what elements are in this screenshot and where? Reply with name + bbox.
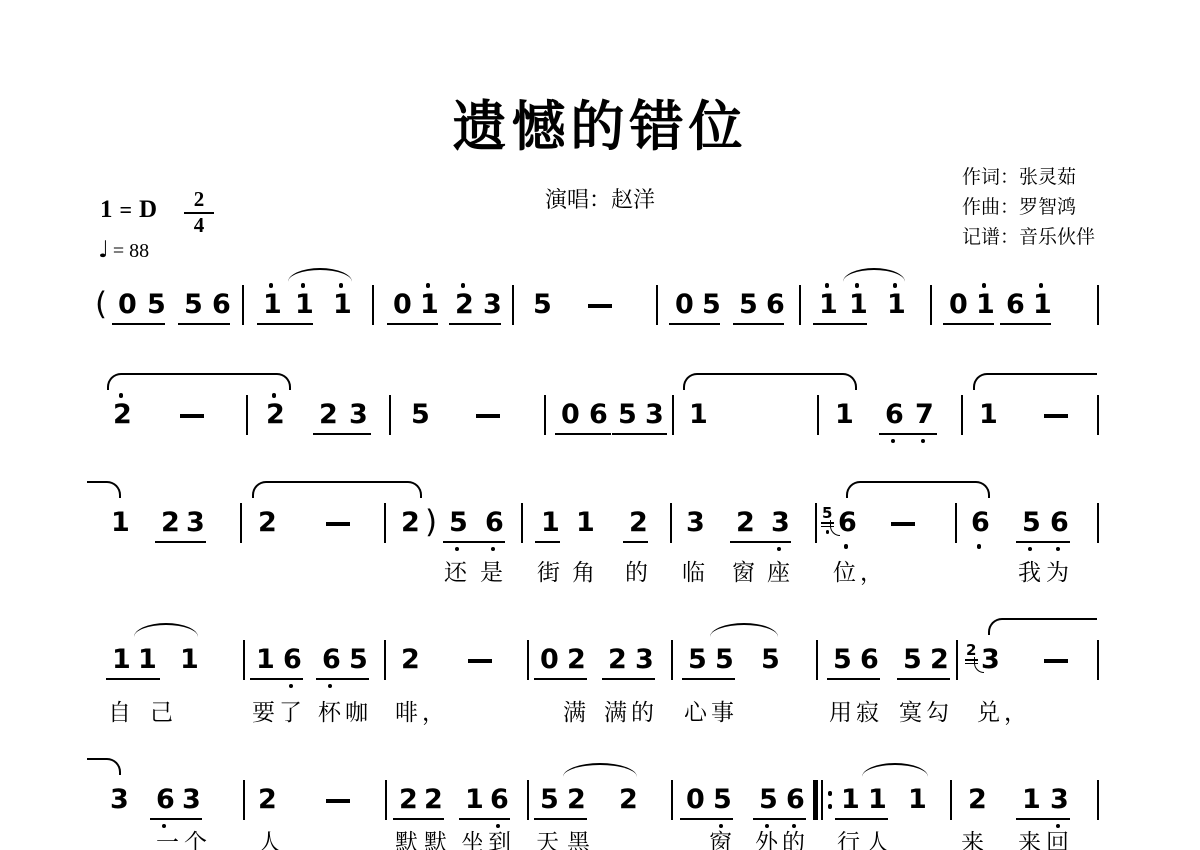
eighth-beam <box>612 433 667 435</box>
repeat-thin-bar <box>821 780 823 820</box>
barline <box>950 780 952 820</box>
duration-dash <box>326 799 350 803</box>
repeat-dot <box>828 791 833 796</box>
note: 2 <box>567 645 586 675</box>
eighth-beam <box>106 678 160 680</box>
duration-dash <box>588 304 612 308</box>
octave-dot-below <box>491 547 496 552</box>
note: 5 <box>713 785 732 815</box>
score-canvas: 05561110123505561110161(2223506531167112… <box>0 0 1200 850</box>
note: 5 <box>411 400 430 430</box>
note: 3 <box>1050 785 1069 815</box>
note: 2 <box>629 508 648 538</box>
eighth-beam <box>835 818 888 820</box>
octave-dot-above <box>426 283 431 288</box>
note: 5 <box>833 645 852 675</box>
lyric-syllable: 个 <box>184 830 207 850</box>
note: 5 <box>540 785 559 815</box>
barline <box>930 285 932 325</box>
lyric-syllable: 来 <box>1018 830 1041 850</box>
barline <box>389 395 391 435</box>
section-paren: ) <box>425 505 437 539</box>
lyric-syllable: 兑 <box>977 700 1000 724</box>
slur-arc <box>862 763 928 777</box>
tie-arc <box>988 618 1097 635</box>
barline <box>527 640 529 680</box>
note: 1 <box>333 290 352 320</box>
tie-arc <box>846 481 990 498</box>
note: 7 <box>915 400 934 430</box>
note: 6 <box>786 785 805 815</box>
lyric-syllable: 自 <box>108 700 131 724</box>
note: 2 <box>258 508 277 538</box>
note: 2 <box>455 290 474 320</box>
lyric-syllable: 还 <box>444 560 467 584</box>
note: 5 <box>618 400 637 430</box>
note: 6 <box>485 508 504 538</box>
lyric-syllable: 我 <box>1018 560 1041 584</box>
tie-arc <box>107 373 291 390</box>
barline <box>240 503 242 543</box>
tie-arc <box>87 758 121 775</box>
eighth-beam <box>393 818 444 820</box>
octave-dot-below <box>289 684 294 689</box>
lyric-syllable: 到 <box>488 830 511 850</box>
slur-arc <box>288 268 352 282</box>
octave-dot-above <box>855 283 860 288</box>
lyric-syllable: 杯 <box>318 700 341 724</box>
barline <box>512 285 514 325</box>
note: 1 <box>541 508 560 538</box>
octave-dot-below <box>921 439 926 444</box>
slur-arc <box>134 623 198 637</box>
barline <box>670 503 672 543</box>
note: 3 <box>645 400 664 430</box>
barline <box>385 780 387 820</box>
note: 5 <box>533 290 552 320</box>
lyric-syllable: ， <box>422 700 445 724</box>
section-paren: ( <box>95 287 107 321</box>
note: 2 <box>619 785 638 815</box>
lyric-syllable: 人 <box>866 830 889 850</box>
eighth-beam <box>1016 541 1070 543</box>
note: 1 <box>263 290 282 320</box>
note: 1 <box>887 290 906 320</box>
note: 3 <box>182 785 201 815</box>
duration-dash <box>468 659 492 663</box>
note: 1 <box>112 645 131 675</box>
octave-dot-below <box>496 824 501 829</box>
note: 1 <box>295 290 314 320</box>
eighth-beam <box>669 323 720 325</box>
barline <box>521 503 523 543</box>
note: 2 <box>113 400 132 430</box>
note: 3 <box>186 508 205 538</box>
octave-dot-above <box>119 393 124 398</box>
note: 5 <box>702 290 721 320</box>
barline <box>242 285 244 325</box>
barline <box>815 503 817 543</box>
lyric-syllable: 座 <box>767 560 790 584</box>
note: 0 <box>561 400 580 430</box>
eighth-beam <box>1000 323 1051 325</box>
note: 2 <box>401 508 420 538</box>
octave-dot-below <box>328 684 333 689</box>
note: 6 <box>283 645 302 675</box>
lyric-syllable: 心 <box>684 700 707 724</box>
barline <box>961 395 963 435</box>
lyric-syllable: 回 <box>1046 830 1069 850</box>
eighth-beam <box>827 678 880 680</box>
note: 2 <box>258 785 277 815</box>
octave-dot-above <box>272 393 277 398</box>
tie-arc <box>683 373 857 390</box>
barline <box>671 780 673 820</box>
barline <box>1097 780 1099 820</box>
eighth-beam <box>178 323 230 325</box>
lyric-syllable: 位 <box>833 560 856 584</box>
note: 2 <box>567 785 586 815</box>
note: 1 <box>849 290 868 320</box>
note: 5 <box>449 508 468 538</box>
note: 1 <box>976 290 995 320</box>
lyric-syllable: 天 <box>536 830 559 850</box>
octave-dot-above <box>1039 283 1044 288</box>
barline <box>956 640 958 680</box>
lyric-syllable: 窗 <box>709 830 732 850</box>
eighth-beam <box>443 541 505 543</box>
lyric-syllable: 勾 <box>926 700 949 724</box>
note: 5 <box>349 645 368 675</box>
note: 2 <box>161 508 180 538</box>
eighth-beam <box>459 818 510 820</box>
octave-dot-above <box>825 283 830 288</box>
barline <box>544 395 546 435</box>
note: 1 <box>465 785 484 815</box>
note: 6 <box>322 645 341 675</box>
octave-dot-below <box>1028 547 1033 552</box>
note: 1 <box>979 400 998 430</box>
eighth-beam <box>112 323 165 325</box>
note: 1 <box>835 400 854 430</box>
barline <box>1097 640 1099 680</box>
note: 5 <box>759 785 778 815</box>
note: 6 <box>212 290 231 320</box>
eighth-beam <box>257 323 313 325</box>
lyric-syllable: ， <box>1004 700 1027 724</box>
octave-dot-below <box>162 824 167 829</box>
note: 3 <box>483 290 502 320</box>
octave-dot-above <box>982 283 987 288</box>
barline <box>817 395 819 435</box>
octave-dot-below <box>792 824 797 829</box>
barline <box>672 395 674 435</box>
lyric-syllable: 默 <box>395 830 418 850</box>
note: 1 <box>908 785 927 815</box>
octave-dot-above <box>301 283 306 288</box>
lyric-syllable: 寂 <box>856 700 879 724</box>
note: 3 <box>110 785 129 815</box>
octave-dot-above <box>893 283 898 288</box>
octave-dot-below <box>455 547 460 552</box>
note: 0 <box>675 290 694 320</box>
lyric-syllable: 的 <box>782 830 805 850</box>
octave-dot-below <box>1056 547 1061 552</box>
eighth-beam <box>730 541 791 543</box>
lyric-syllable: 来 <box>961 830 984 850</box>
eighth-beam <box>250 678 303 680</box>
lyric-syllable: 己 <box>150 700 173 724</box>
eighth-beam <box>753 818 806 820</box>
note: 3 <box>771 508 790 538</box>
octave-dot-below <box>844 544 849 549</box>
note: 5 <box>184 290 203 320</box>
lyric-syllable: 黑 <box>567 830 590 850</box>
eighth-beam <box>534 818 587 820</box>
note: 3 <box>349 400 368 430</box>
eighth-beam <box>313 433 371 435</box>
duration-dash <box>476 414 500 418</box>
sheet-music-page: 遗憾的错位 演唱：赵洋 作词：张灵茹 作曲：罗智鸿 记谱：音乐伙伴 1=D 2 … <box>0 0 1200 850</box>
octave-dot-below <box>777 547 782 552</box>
slur-arc <box>710 623 778 637</box>
eighth-beam <box>682 678 735 680</box>
lyric-syllable: 满 <box>604 700 627 724</box>
barline <box>384 503 386 543</box>
note: 0 <box>118 290 137 320</box>
barline <box>384 640 386 680</box>
lyric-syllable: 默 <box>424 830 447 850</box>
lyric-syllable: 啡 <box>395 700 418 724</box>
eighth-beam <box>535 541 560 543</box>
note: 5 <box>688 645 707 675</box>
note: 5 <box>761 645 780 675</box>
note: 2 <box>930 645 949 675</box>
lyric-syllable: 临 <box>682 560 705 584</box>
note: 6 <box>589 400 608 430</box>
note: 2 <box>424 785 443 815</box>
lyric-syllable: 街 <box>537 560 560 584</box>
lyric-syllable: 角 <box>572 560 595 584</box>
note: 5 <box>739 290 758 320</box>
note: 1 <box>256 645 275 675</box>
note: 6 <box>860 645 879 675</box>
note: 2 <box>399 785 418 815</box>
note: 6 <box>1006 290 1025 320</box>
note: 3 <box>635 645 654 675</box>
grace-note: 2 <box>966 642 976 658</box>
duration-dash <box>180 414 204 418</box>
barline <box>1097 395 1099 435</box>
repeat-thick-bar <box>813 780 818 820</box>
lyric-syllable: 人 <box>258 830 281 850</box>
barline <box>527 780 529 820</box>
lyric-syllable: 满 <box>563 700 586 724</box>
note: 6 <box>971 508 990 538</box>
note: 0 <box>949 290 968 320</box>
note: 2 <box>608 645 627 675</box>
note: 2 <box>319 400 338 430</box>
lyric-syllable: 事 <box>711 700 734 724</box>
tie-arc <box>973 373 1097 390</box>
note: 1 <box>420 290 439 320</box>
lyric-syllable: 了 <box>279 700 302 724</box>
eighth-beam <box>155 541 206 543</box>
note: 5 <box>903 645 922 675</box>
lyric-syllable: 要 <box>252 700 275 724</box>
lyric-syllable: 行 <box>837 830 860 850</box>
eighth-beam <box>449 323 501 325</box>
note: 6 <box>838 508 857 538</box>
eighth-beam <box>534 678 587 680</box>
note: 0 <box>686 785 705 815</box>
note: 1 <box>819 290 838 320</box>
lyric-syllable: 用 <box>829 700 852 724</box>
eighth-beam <box>555 433 611 435</box>
note: 3 <box>981 645 1000 675</box>
lyric-syllable: 一 <box>156 830 179 850</box>
octave-dot-below <box>891 439 896 444</box>
duration-dash <box>326 522 350 526</box>
note: 5 <box>147 290 166 320</box>
note: 0 <box>393 290 412 320</box>
eighth-beam <box>623 541 648 543</box>
lyric-syllable: ， <box>860 560 883 584</box>
barline <box>955 503 957 543</box>
note: 1 <box>576 508 595 538</box>
octave-dot-below <box>719 824 724 829</box>
note: 1 <box>841 785 860 815</box>
note: 2 <box>266 400 285 430</box>
slur-arc <box>843 268 905 282</box>
eighth-beam <box>897 678 950 680</box>
repeat-dot <box>828 804 833 809</box>
lyric-syllable: 坐 <box>461 830 484 850</box>
octave-dot-above <box>269 283 274 288</box>
note: 2 <box>968 785 987 815</box>
lyric-syllable: 为 <box>1046 560 1069 584</box>
note: 1 <box>138 645 157 675</box>
barline <box>372 285 374 325</box>
lyric-syllable: 的 <box>631 700 654 724</box>
note: 6 <box>766 290 785 320</box>
barline <box>243 640 245 680</box>
eighth-beam <box>680 818 733 820</box>
eighth-beam <box>1016 818 1070 820</box>
octave-dot-above <box>339 283 344 288</box>
duration-dash <box>1044 414 1068 418</box>
note: 6 <box>156 785 175 815</box>
note: 2 <box>736 508 755 538</box>
octave-dot-below <box>765 824 770 829</box>
barline <box>799 285 801 325</box>
note: 6 <box>885 400 904 430</box>
eighth-beam <box>879 433 937 435</box>
duration-dash <box>1044 659 1068 663</box>
eighth-beam <box>150 818 202 820</box>
barline <box>656 285 658 325</box>
eighth-beam <box>813 323 867 325</box>
note: 3 <box>686 508 705 538</box>
note: 2 <box>401 645 420 675</box>
octave-dot-below <box>1056 824 1061 829</box>
barline <box>246 395 248 435</box>
duration-dash <box>891 522 915 526</box>
grace-note: 5 <box>822 505 832 521</box>
octave-dot-above <box>461 283 466 288</box>
note: 1 <box>689 400 708 430</box>
lyric-syllable: 的 <box>625 560 648 584</box>
lyric-syllable: 咖 <box>345 700 368 724</box>
lyric-syllable: 是 <box>480 560 503 584</box>
tie-arc <box>252 481 422 498</box>
barline <box>1097 285 1099 325</box>
eighth-beam <box>316 678 369 680</box>
note: 6 <box>490 785 509 815</box>
barline <box>671 640 673 680</box>
barline <box>243 780 245 820</box>
note: 5 <box>1022 508 1041 538</box>
octave-dot-below <box>826 530 830 534</box>
barline <box>816 640 818 680</box>
lyric-syllable: 外 <box>755 830 778 850</box>
note: 1 <box>180 645 199 675</box>
eighth-beam <box>943 323 994 325</box>
octave-dot-below <box>977 544 982 549</box>
tie-arc <box>87 481 121 498</box>
barline <box>1097 503 1099 543</box>
note: 0 <box>540 645 559 675</box>
slur-arc <box>563 763 637 777</box>
lyric-syllable: 寞 <box>899 700 922 724</box>
eighth-beam <box>733 323 784 325</box>
note: 1 <box>868 785 887 815</box>
eighth-beam <box>602 678 655 680</box>
note: 6 <box>1050 508 1069 538</box>
lyric-syllable: 窗 <box>732 560 755 584</box>
note: 5 <box>715 645 734 675</box>
eighth-beam <box>387 323 438 325</box>
note: 1 <box>1033 290 1052 320</box>
note: 1 <box>1022 785 1041 815</box>
note: 1 <box>111 508 130 538</box>
